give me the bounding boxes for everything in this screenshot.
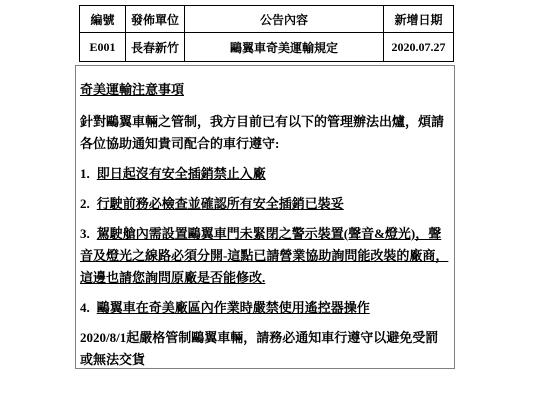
document-page: 編號 發佈單位 公告內容 新增日期 E001 長春新竹 鷗翼車奇美運輸規定 20… bbox=[0, 0, 540, 405]
notice-item-4: 4.鷗翼車在奇美廠區內作業時嚴禁使用遙控器操作 bbox=[80, 297, 449, 319]
item-text: 鷗翼車在奇美廠區內作業時嚴禁使用遙控器操作 bbox=[97, 300, 370, 315]
cell-bulletin-id: E001 bbox=[80, 33, 126, 62]
column-header-id: 編號 bbox=[80, 6, 126, 33]
item-text: 行駛前務必檢查並確認所有安全插銷已裝妥 bbox=[97, 196, 344, 211]
notice-item-3: 3.駕駛艙內需設置鷗翼車門未緊閉之警示裝置(聲音&燈光)，聲音及燈光之線路必須分… bbox=[80, 223, 449, 289]
item-number: 4. bbox=[80, 297, 90, 319]
table-header-row: 編號 發佈單位 公告內容 新增日期 bbox=[80, 6, 454, 33]
notice-footer: 2020/8/1起嚴格管制鷗翼車輛，請務必通知車行遵守以避免受罰或無法交貨 bbox=[80, 327, 449, 371]
notice-body: 奇美運輸注意事項 針對鷗翼車輛之管制，我方目前已有以下的管理辦法出爐，煩請各位協… bbox=[75, 65, 455, 369]
bulletin-table: 編號 發佈單位 公告內容 新增日期 E001 長春新竹 鷗翼車奇美運輸規定 20… bbox=[79, 5, 454, 62]
cell-added-date: 2020.07.27 bbox=[384, 33, 454, 62]
notice-item-2: 2.行駛前務必檢查並確認所有安全插銷已裝妥 bbox=[80, 193, 449, 215]
cell-publish-unit: 長春新竹 bbox=[126, 33, 185, 62]
item-text: 即日起沒有安全插銷禁止入廠 bbox=[97, 166, 266, 181]
item-number: 1. bbox=[80, 163, 90, 185]
column-header-unit: 發佈單位 bbox=[126, 6, 185, 33]
item-text: 駕駛艙內需設置鷗翼車門未緊閉之警示裝置(聲音&燈光)，聲音及燈光之線路必須分開-… bbox=[80, 226, 448, 285]
notice-intro: 針對鷗翼車輛之管制，我方目前已有以下的管理辦法出爐，煩請各位協助通知貴司配合的車… bbox=[80, 111, 449, 155]
item-number: 3. bbox=[80, 223, 90, 245]
cell-bulletin-subject: 鷗翼車奇美運輸規定 bbox=[185, 33, 384, 62]
table-row: E001 長春新竹 鷗翼車奇美運輸規定 2020.07.27 bbox=[80, 33, 454, 62]
notice-item-1: 1.即日起沒有安全插銷禁止入廠 bbox=[80, 163, 449, 185]
notice-title: 奇美運輸注意事項 bbox=[80, 79, 449, 101]
item-number: 2. bbox=[80, 193, 90, 215]
column-header-date: 新增日期 bbox=[384, 6, 454, 33]
column-header-content: 公告內容 bbox=[185, 6, 384, 33]
